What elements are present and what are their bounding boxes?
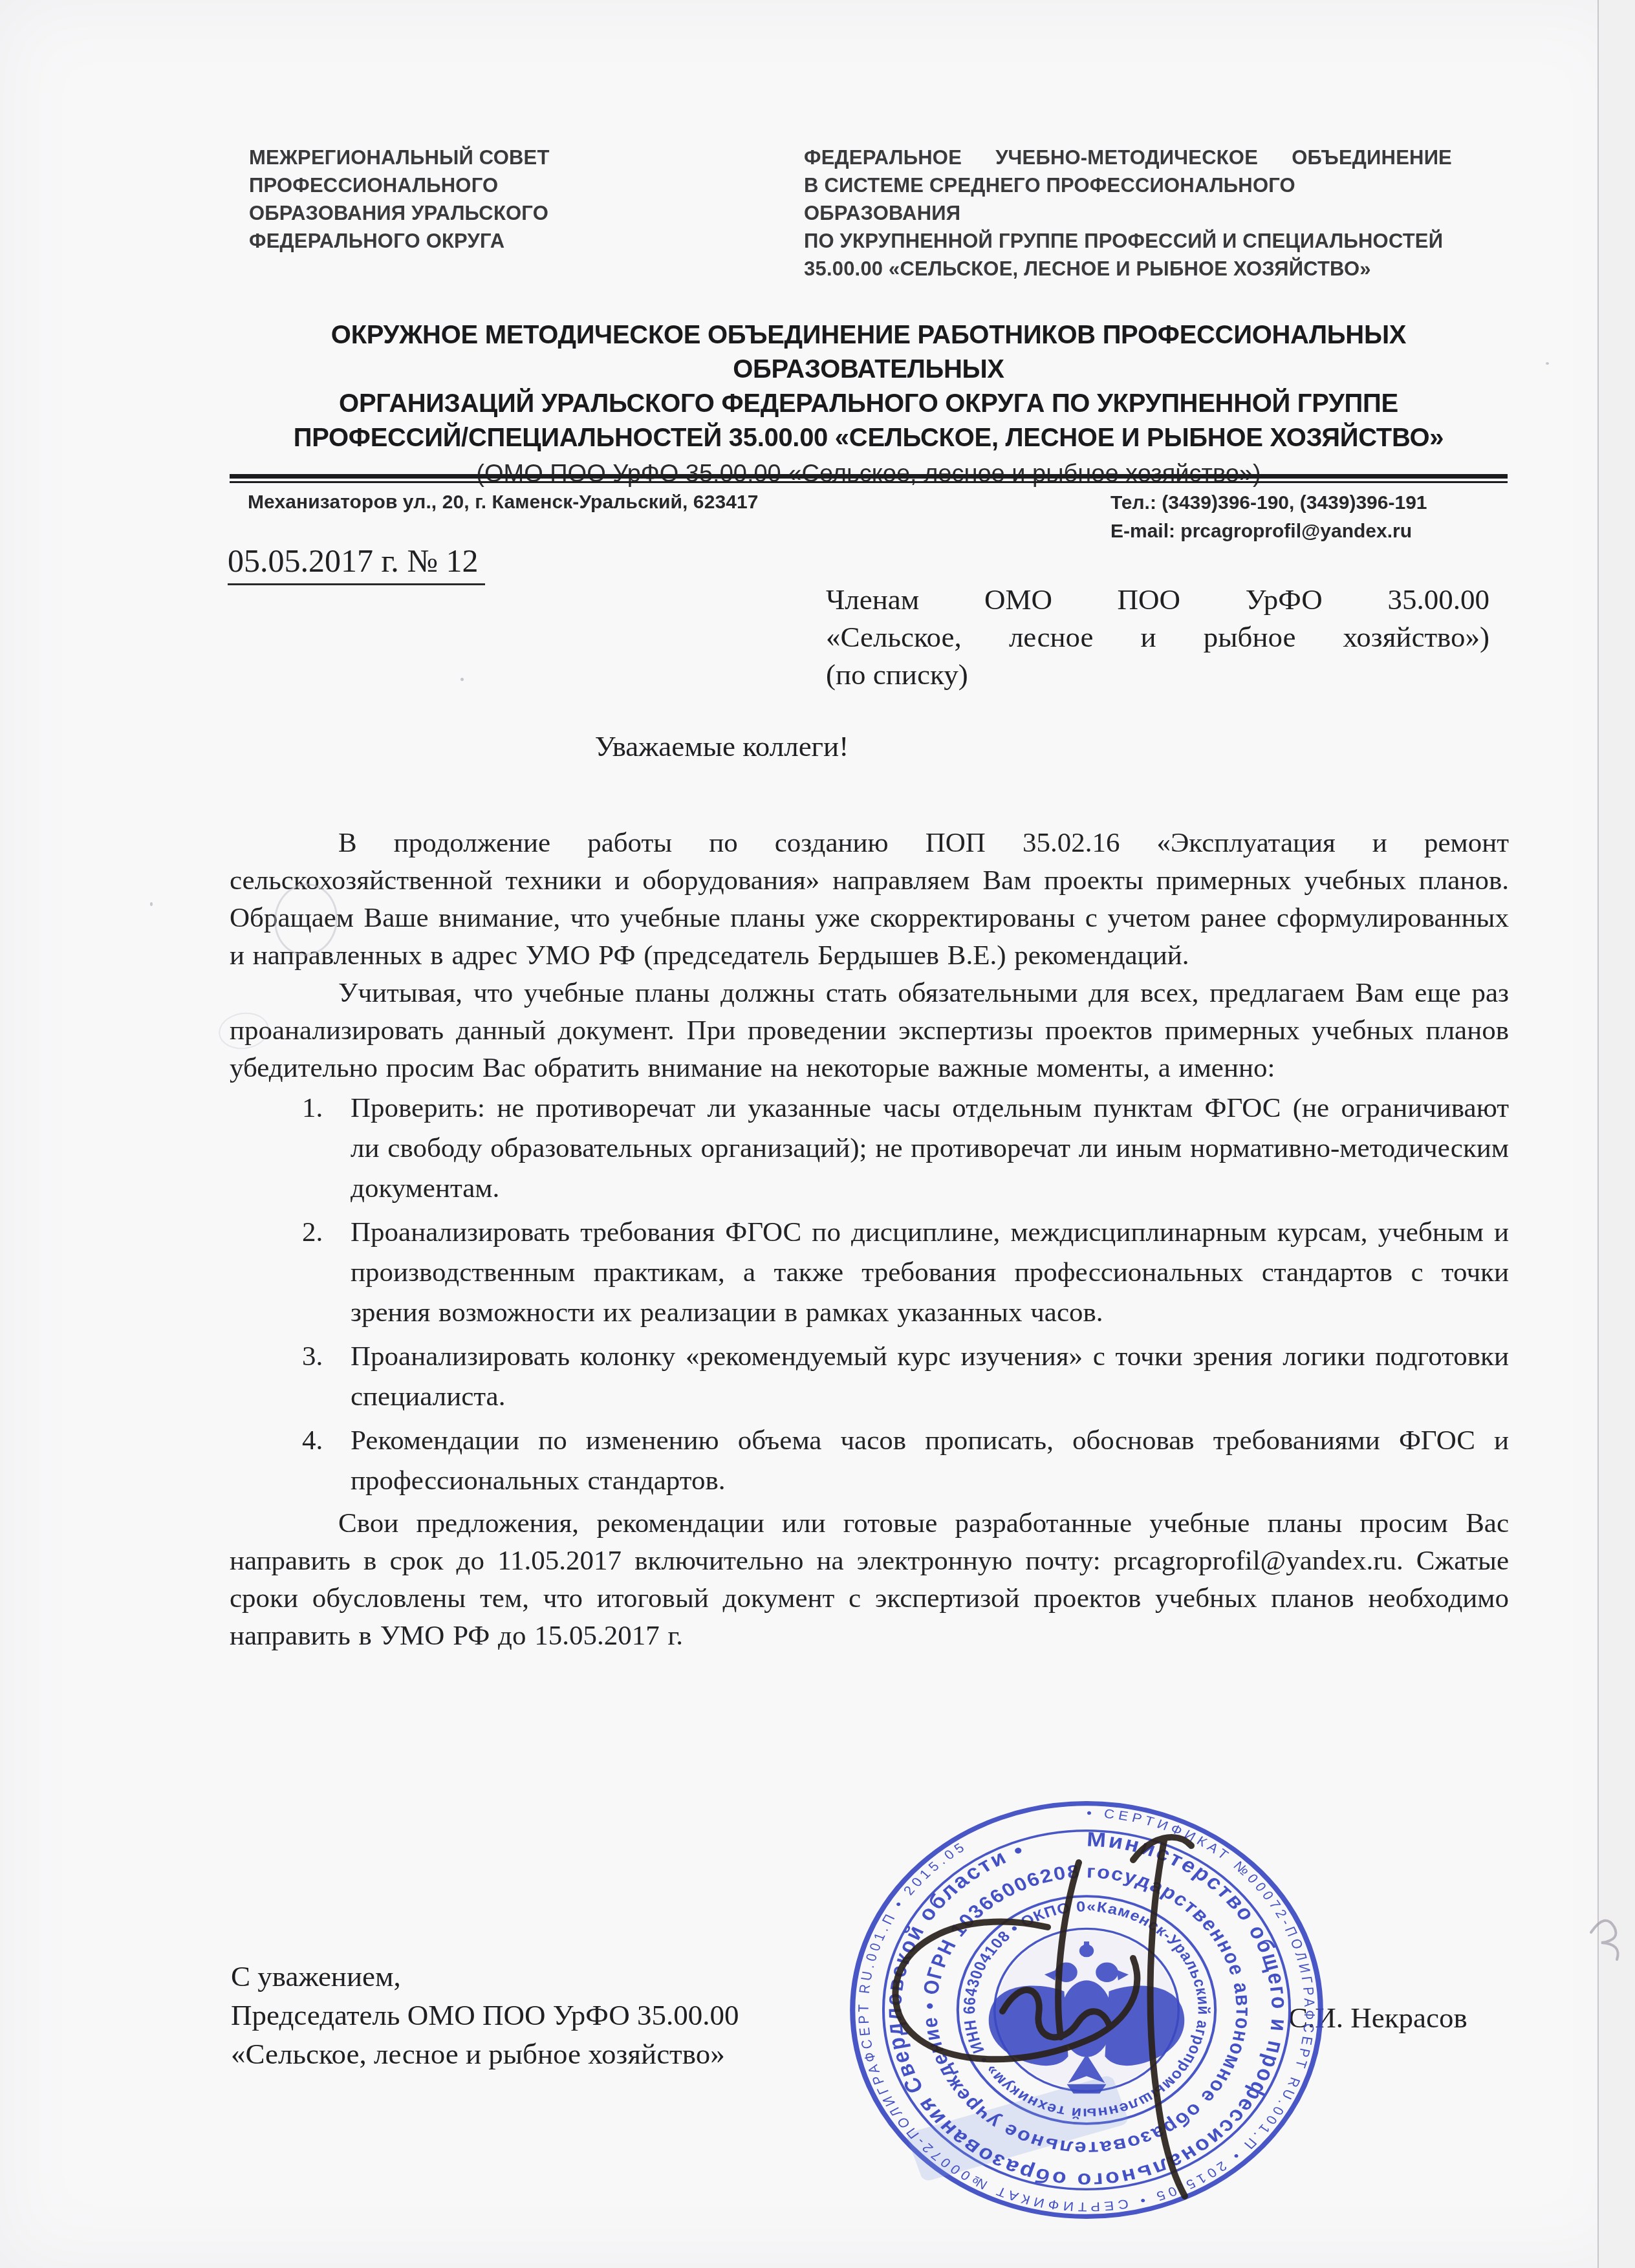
salutation: Уважаемые коллеги! — [576, 729, 868, 763]
title-line: ОРГАНИЗАЦИЙ УРАЛЬСКОГО ФЕДЕРАЛЬНОГО ОКРУ… — [194, 387, 1543, 421]
scan-speck — [1546, 362, 1549, 365]
body-paragraph: В продолжение работы по созданию ПОП 35.… — [230, 825, 1509, 975]
org-left-line: МЕЖРЕГИОНАЛЬНЫЙ СОВЕТ — [249, 144, 585, 171]
org-block-left: МЕЖРЕГИОНАЛЬНЫЙ СОВЕТ ПРОФЕССИОНАЛЬНОГО … — [249, 144, 585, 255]
list-item-text: Проверить: не противоречат ли указанные … — [351, 1093, 1509, 1204]
org-left-line: ПРОФЕССИОНАЛЬНОГО — [249, 171, 585, 199]
signature-block: С уважением, Председатель ОМО ПОО УрФО 3… — [231, 1957, 739, 2073]
numbered-list: 1. Проверить: не противоречат ли указанн… — [230, 1088, 1509, 1501]
org-left-line: ФЕДЕРАЛЬНОГО ОКРУГА — [249, 227, 585, 255]
title-line: ПРОФЕССИЙ/СПЕЦИАЛЬНОСТЕЙ 35.00.00 «СЕЛЬС… — [194, 421, 1543, 455]
list-item: 1. Проверить: не противоречат ли указанн… — [230, 1088, 1509, 1209]
scanned-letter-page: МЕЖРЕГИОНАЛЬНЫЙ СОВЕТ ПРОФЕССИОНАЛЬНОГО … — [0, 0, 1635, 2268]
list-item: 2. Проанализировать требования ФГОС по д… — [230, 1213, 1509, 1333]
body-closing-paragraph: Свои предложения, рекомендации или готов… — [230, 1505, 1509, 1655]
signature-ink-icon — [841, 1822, 1294, 2213]
scan-speck — [150, 902, 153, 906]
list-item-text: Рекомендации по изменению объема часов п… — [351, 1425, 1509, 1496]
org-block-right: ФЕДЕРАЛЬНОЕ УЧЕБНО-МЕТОДИЧЕСКОЕ ОБЪЕДИНЕ… — [804, 144, 1452, 283]
list-item-text: Проанализировать требования ФГОС по дисц… — [351, 1217, 1509, 1328]
email-line: E-mail: prcagroprofil@yandex.ru — [1110, 517, 1499, 546]
scan-speck — [460, 678, 464, 681]
org-right-line: ФЕДЕРАЛЬНОЕ УЧЕБНО-МЕТОДИЧЕСКОЕ ОБЪЕДИНЕ… — [804, 144, 1452, 171]
body-paragraph: Учитывая, что учебные планы должны стать… — [230, 975, 1509, 1087]
org-right-line: ПО УКРУПНЕННОЙ ГРУППЕ ПРОФЕССИЙ И СПЕЦИА… — [804, 227, 1452, 255]
org-right-line: 35.00.00 «СЕЛЬСКОЕ, ЛЕСНОЕ И РЫБНОЕ ХОЗЯ… — [804, 255, 1452, 283]
recipient-line: Членам ОМО ПОО УрФО 35.00.00 — [826, 581, 1489, 618]
header-divider-rule — [230, 474, 1508, 483]
org-left-line: ОБРАЗОВАНИЯ УРАЛЬСКОГО — [249, 199, 585, 227]
pencil-squiggle-mark — [1583, 1905, 1626, 1965]
letter-title: ОКРУЖНОЕ МЕТОДИЧЕСКОЕ ОБЪЕДИНЕНИЕ РАБОТН… — [194, 318, 1543, 491]
recipient-line: «Сельское, лесное и рыбное хозяйство») — [826, 618, 1489, 656]
letter-body: В продолжение работы по созданию ПОП 35.… — [230, 825, 1509, 1655]
org-right-line: В СИСТЕМЕ СРЕДНЕГО ПРОФЕССИОНАЛЬНОГО ОБР… — [804, 171, 1452, 227]
list-item-number: 4. — [302, 1421, 323, 1461]
list-item-number: 2. — [302, 1213, 323, 1253]
recipient-block: Членам ОМО ПОО УрФО 35.00.00 «Сельское, … — [826, 581, 1489, 693]
contact-block: Тел.: (3439)396-190, (3439)396-191 E-mai… — [1110, 489, 1499, 546]
list-item: 4. Рекомендации по изменению объема часо… — [230, 1421, 1509, 1501]
date-number-line: 05.05.2017 г. № 12 — [228, 542, 485, 585]
phone-line: Тел.: (3439)396-190, (3439)396-191 — [1110, 489, 1499, 517]
title-line: ОКРУЖНОЕ МЕТОДИЧЕСКОЕ ОБЪЕДИНЕНИЕ РАБОТН… — [194, 318, 1543, 387]
list-item-number: 1. — [302, 1088, 323, 1129]
handwritten-signature — [841, 1822, 1294, 2213]
org-address: Механизаторов ул., 20, г. Каменск-Уральс… — [248, 491, 759, 513]
signature-line: Председатель ОМО ПОО УрФО 35.00.00 — [231, 1996, 739, 2035]
recipient-line: (по списку) — [826, 656, 1489, 693]
list-item: 3. Проанализировать колонку «рекомендуем… — [230, 1337, 1509, 1417]
signature-line: «Сельское, лесное и рыбное хозяйство» — [231, 2035, 739, 2073]
list-item-number: 3. — [302, 1337, 323, 1377]
signature-line: С уважением, — [231, 1957, 739, 1996]
list-item-text: Проанализировать колонку «рекомендуемый … — [351, 1341, 1509, 1412]
